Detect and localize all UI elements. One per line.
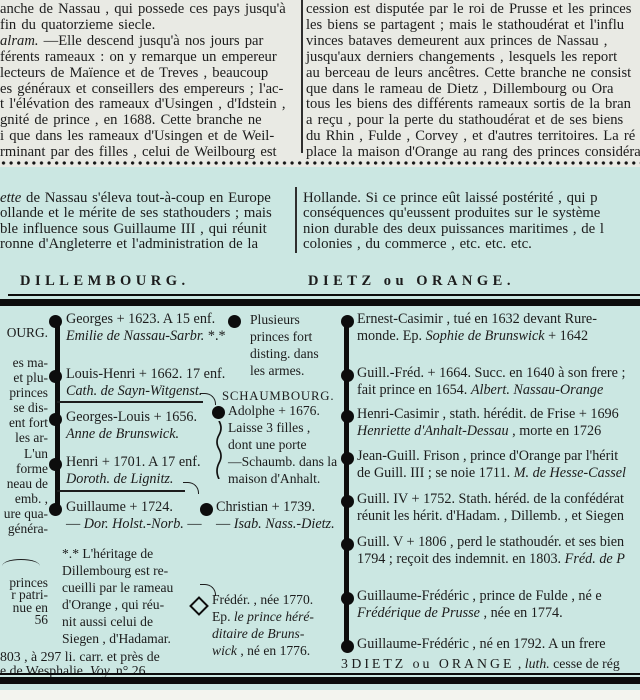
text-segment: Henriette d'Anhalt-Dessau — [357, 423, 509, 439]
text-line: monde. Ep. Sophie de Brunswick + 1642 — [357, 328, 597, 345]
text-segment: OURG. — [7, 325, 48, 340]
text-segment: Dor. Holst.-Norb. — [84, 516, 184, 532]
text-segment: Guillaume-Frédéric , né en 1792. A un fr… — [357, 636, 606, 652]
text-line: 56 — [0, 614, 48, 626]
text-line: emb. , — [0, 491, 48, 506]
text-segment: Georges-Louis + 1656. — [66, 409, 197, 425]
text-segment: que dans le rameau de Dietz , Dillembour… — [306, 81, 613, 97]
text-segment: Emilie de Nassau-Sarbr. — [66, 328, 204, 344]
lineage-node-dot-icon — [49, 370, 62, 383]
lineage-node-dot-icon — [341, 592, 354, 605]
text-segment: les armes. — [250, 363, 304, 378]
text-segment: place la maison d'Orange au rang des pri… — [306, 144, 640, 160]
text-segment: 56 — [35, 612, 48, 627]
text-line: Georges + 1623. A 15 enf. — [66, 311, 226, 328]
text-line: Dillembourg est re- — [62, 562, 173, 579]
text-segment: fin du quatorzieme siecle. — [0, 17, 155, 33]
text-line: Guill.-Fréd. + 1664. Succ. en 1640 à son… — [357, 365, 625, 382]
text-line: neau de — [0, 476, 48, 491]
text-line: Adolphe + 1676. — [228, 402, 337, 419]
thick-rule-bottom — [0, 677, 640, 684]
text-segment: Plusieurs — [250, 312, 300, 327]
text-segment: lecteurs de Maïence et de Treves , beauc… — [0, 65, 268, 81]
text-line: Jean-Guill. Frison , prince d'Orange par… — [357, 448, 626, 465]
text-line: fin du quatorzieme siecle. — [0, 18, 298, 34]
text-line: maison d'Anhalt. — [228, 470, 337, 487]
text-line: jusqu'aux derniers changements , lesquel… — [306, 50, 640, 66]
text-line: Guillaume-Frédéric , né en 1792. A un fr… — [357, 636, 606, 653]
text-line: Frédér. , née 1770. — [212, 591, 314, 608]
text-line: ronne d'Angleterre et l'administration d… — [0, 237, 292, 252]
top-right-paragraph: cession est disputée par le roi de Pruss… — [306, 2, 640, 161]
text-segment: SCHAUMBOURG. — [222, 389, 334, 403]
text-segment: — — [216, 516, 234, 532]
text-line: es ma- — [0, 355, 48, 370]
text-segment: Dillembourg est re- — [62, 563, 168, 578]
thin-rule-top — [8, 294, 640, 296]
text-segment: e de Wesphalie. — [0, 663, 90, 678]
scanned-page: anche de Nassau , qui possede ces pays j… — [0, 0, 640, 700]
text-line: Guill. V + 1806 , perd le stathoudér. et… — [357, 534, 625, 551]
text-segment: conséquences qu'eussent produites sur le… — [303, 205, 600, 221]
text-segment: Fréd. de P — [565, 551, 625, 567]
person-entry: Guillaume-Frédéric , prince de Fulde , n… — [357, 588, 602, 622]
text-segment: vinces bataves demeurent aux princes de … — [306, 33, 607, 49]
text-segment: princes fort — [250, 329, 312, 344]
text-segment: se dis- — [13, 400, 48, 415]
text-segment: emb. , — [15, 491, 48, 506]
text-line: au berceau de leurs ancêtres. Cette bran… — [306, 66, 640, 82]
text-line: Ep. le prince héré- — [212, 608, 314, 625]
text-segment: Ernest-Casimir , tué en 1632 devant Rure… — [357, 311, 597, 327]
text-segment: *.* — [204, 328, 225, 344]
person-entry: Guill.-Fréd. + 1664. Succ. en 1640 à son… — [357, 365, 625, 399]
margin-fragments-b: es ma-et plu-princesse dis-ent fortles a… — [0, 355, 48, 536]
paper-edge-strip — [0, 690, 640, 700]
text-segment: n° 26. — [112, 663, 149, 678]
text-segment: Guill. IV + 1752. Stath. héréd. de la co… — [357, 491, 624, 507]
text-segment: Jean-Guill. Frison , prince d'Orange par… — [357, 448, 618, 464]
text-segment: Guillaume-Frédéric , prince de Fulde , n… — [357, 588, 602, 604]
text-line: Henri + 1701. A 17 enf. — [66, 454, 201, 471]
margin-fragments-a: OURG. — [0, 325, 48, 341]
text-segment: nit aussi celui de — [62, 614, 153, 629]
text-segment: fait prince en 1654. — [357, 382, 471, 398]
band-right-paragraph: Hollande. Si ce prince eût laissé postér… — [303, 191, 640, 252]
text-line: Guillaume + 1724. — [66, 499, 202, 516]
text-segment: gnité de prince , en 1688. Cette branche… — [0, 112, 262, 128]
text-line: 1794 ; reçoit des indemnit. en 1803. Fré… — [357, 551, 625, 568]
text-segment: —Elle descend jusqu'à nos jours par — [39, 33, 264, 49]
text-segment: cession est disputée par le roi de Pruss… — [306, 1, 631, 17]
text-line: es généraux et conseillers des empereurs… — [0, 82, 298, 98]
text-segment: Guill. V + 1806 , perd le stathoudér. et… — [357, 534, 624, 550]
text-line: princes fort — [240, 328, 319, 345]
text-segment: DIETZ ou ORANGE — [351, 656, 514, 671]
thick-rule-top — [0, 299, 640, 306]
person-entry: Jean-Guill. Frison , prince d'Orange par… — [357, 448, 626, 482]
text-line: L'un — [0, 446, 48, 461]
text-segment: cesse de rég — [550, 656, 620, 671]
text-line: généra- — [0, 521, 48, 536]
text-segment: Christian + 1739. — [216, 499, 315, 515]
text-segment: *.* L'héritage de — [62, 546, 153, 561]
text-line: wick , né en 1776. — [212, 642, 314, 659]
text-segment: du Rhin , Fulde , Corvey , et d'autres t… — [306, 128, 635, 144]
text-line: princes — [0, 385, 48, 400]
generation-separator — [57, 490, 185, 492]
text-segment: es ma- — [13, 355, 48, 370]
text-line: Guill. IV + 1752. Stath. héréd. de la co… — [357, 491, 624, 508]
text-segment: ditaire de Bruns- — [212, 626, 304, 641]
text-line: les armes. — [240, 362, 319, 379]
lozenge-marker-icon — [189, 596, 209, 616]
text-line: i que dans les rameaux d'Usingen et de W… — [0, 129, 298, 145]
text-line: —Schaumb. dans la — [228, 453, 337, 470]
footnote-heritage: *.* L'héritage deDillembourg est re-cuei… — [62, 545, 173, 647]
text-line: dont une porte — [228, 436, 337, 453]
lineage-node-dot-icon — [49, 413, 62, 426]
person-entry: Ernest-Casimir , tué en 1632 devant Rure… — [357, 311, 597, 345]
margin-curve-icon — [2, 559, 40, 573]
genealogy-table: OURG. es ma-et plu-princesse dis-ent for… — [0, 309, 640, 679]
text-segment: d'Orange , qui réu- — [62, 597, 164, 612]
person-entry: Guill. IV + 1752. Stath. héréd. de la co… — [357, 491, 624, 525]
text-segment: — — [184, 516, 202, 532]
text-line: cession est disputée par le roi de Pruss… — [306, 2, 640, 18]
text-segment: princes — [9, 385, 48, 400]
text-line: forme — [0, 461, 48, 476]
text-segment: Louis-Henri + 1662. 17 enf. — [66, 366, 225, 382]
text-segment: anche de Nassau , qui possede ces pays j… — [0, 1, 286, 17]
text-segment: Albert. Nassau-Orange — [471, 382, 603, 398]
text-segment: ollande et le mérite de ses stathouders … — [0, 205, 272, 221]
text-segment: Frédérique de Prusse — [357, 605, 480, 621]
text-segment: les ar- — [15, 430, 48, 445]
text-segment: Adolphe + 1676. — [228, 403, 320, 418]
text-line: tous les biens des différents rameaux so… — [306, 97, 640, 113]
text-segment: Laisse 3 filles , — [228, 420, 310, 435]
lineage-node-dot-icon — [341, 538, 354, 551]
text-segment: —Schaumb. dans la — [228, 454, 337, 469]
text-segment: colonies , du commerce , etc. etc. etc. — [303, 236, 532, 252]
generation-separator — [57, 401, 203, 403]
text-segment: ure qua- — [4, 506, 48, 521]
text-line: férents rameaux : on y remarque un emper… — [0, 50, 298, 66]
column-divider-top — [301, 0, 303, 153]
lineage-node-dot-icon — [49, 503, 62, 516]
text-line: ette de Nassau s'éleva tout-à-coup en Eu… — [0, 191, 292, 206]
text-line: disting. dans — [240, 345, 319, 362]
text-line: t l'élévation des rameaux d'Usingen , d'… — [0, 97, 298, 113]
text-segment: Henri-Casimir , stath. hérédit. de Frise… — [357, 406, 619, 422]
band-left-paragraph: ette de Nassau s'éleva tout-à-coup en Eu… — [0, 191, 292, 252]
text-segment: + 1642 — [545, 328, 588, 344]
text-segment: Cath. de Sayn-Witgenst. — [66, 383, 202, 399]
text-segment: Voy. — [90, 663, 113, 678]
text-line: Plusieurs — [240, 311, 319, 328]
text-line: fait prince en 1654. Albert. Nassau-Oran… — [357, 382, 625, 399]
lineage-node-dot-icon — [341, 640, 354, 653]
text-line: ble influence sous Guillaume III , qui r… — [0, 222, 292, 237]
text-segment: Anne de Brunswick. — [66, 426, 179, 442]
text-line: nit aussi celui de — [62, 613, 173, 630]
person-entry: Guillaume-Frédéric , né en 1792. A un fr… — [357, 636, 606, 653]
lineage-node-dot-icon — [341, 315, 354, 328]
text-segment: Hollande. Si ce prince eût laissé postér… — [303, 190, 598, 206]
text-line: Henriette d'Anhalt-Dessau , morte en 172… — [357, 423, 619, 440]
text-line: Doroth. de Lignitz. — [66, 471, 201, 488]
text-line: Laisse 3 filles , — [228, 419, 337, 436]
text-segment: disting. dans — [250, 346, 319, 361]
text-segment: de Guill. III ; se noie 1711. — [357, 465, 514, 481]
text-line: ure qua- — [0, 506, 48, 521]
text-segment: 1794 ; reçoit des indemnit. en 1803. — [357, 551, 565, 567]
person-entry: Plusieursprinces fortdisting. dansles ar… — [240, 311, 319, 379]
text-line: Guillaume-Frédéric , prince de Fulde , n… — [357, 588, 602, 605]
text-line: du Rhin , Fulde , Corvey , et d'autres t… — [306, 129, 640, 145]
text-line: Anne de Brunswick. — [66, 426, 197, 443]
person-entry: Georges + 1623. A 15 enf.Emilie de Nassa… — [66, 311, 226, 345]
text-line: gnité de prince , en 1688. Cette branche… — [0, 113, 298, 129]
text-segment: Ep. — [212, 609, 234, 624]
wavy-connector-icon — [214, 421, 224, 479]
text-line: — Isab. Nass.-Dietz. — [216, 516, 335, 533]
text-line: Siegen , d'Hadamar. — [62, 630, 173, 647]
lineage-node-dot-icon — [212, 406, 225, 419]
text-segment: ette — [0, 190, 21, 206]
text-segment: et plu- — [13, 370, 48, 385]
text-line: vinces bataves demeurent aux princes de … — [306, 34, 640, 50]
column-divider-band — [295, 187, 297, 253]
person-entry: Christian + 1739.— Isab. Nass.-Dietz. — [216, 499, 335, 533]
text-segment: dont une porte — [228, 437, 307, 452]
text-line: ditaire de Bruns- — [212, 625, 314, 642]
person-entry: Guill. V + 1806 , perd le stathoudér. et… — [357, 534, 625, 568]
lineage-node-dot-icon — [341, 452, 354, 465]
text-segment: 3 — [341, 656, 351, 671]
dotted-separator — [0, 159, 640, 167]
person-entry: Louis-Henri + 1662. 17 enf.Cath. de Sayn… — [66, 366, 225, 400]
text-segment: réunit les hérit. d'Hadam. , Dillemb. , … — [357, 508, 624, 524]
text-segment: Guillaume + 1724. — [66, 499, 173, 515]
lineage-node-dot-icon — [341, 410, 354, 423]
lineage-node-dot-icon — [49, 315, 62, 328]
text-segment: maison d'Anhalt. — [228, 471, 320, 486]
text-segment: — — [66, 516, 84, 532]
text-line: anche de Nassau , qui possede ces pays j… — [0, 2, 298, 18]
text-line: les ar- — [0, 430, 48, 445]
text-segment: ent fort — [9, 415, 48, 430]
text-segment: es généraux et conseillers des empereurs… — [0, 81, 283, 97]
text-line: et plu- — [0, 370, 48, 385]
text-segment: Frédér. , née 1770. — [212, 592, 313, 607]
text-segment: tous les biens des différents rameaux so… — [306, 96, 631, 112]
text-segment: forme — [16, 461, 48, 476]
text-segment: le prince héré- — [234, 609, 314, 624]
text-segment: Siegen , d'Hadamar. — [62, 631, 171, 646]
text-line: Hollande. Si ce prince eût laissé postér… — [303, 191, 640, 206]
text-segment: Henri + 1701. A 17 enf. — [66, 454, 201, 470]
text-line: nion durable des deux puissances maritim… — [303, 222, 640, 237]
text-line: Louis-Henri + 1662. 17 enf. — [66, 366, 225, 383]
person-entry: Henri-Casimir , stath. hérédit. de Frise… — [357, 406, 619, 440]
text-segment: luth. — [525, 656, 550, 671]
text-line: Georges-Louis + 1656. — [66, 409, 197, 426]
text-segment: jusqu'aux derniers changements , lesquel… — [306, 49, 617, 65]
text-segment: monde. Ep. — [357, 328, 426, 344]
text-line: OURG. — [0, 325, 48, 341]
text-line: de Guill. III ; se noie 1711. M. de Hess… — [357, 465, 626, 482]
top-left-paragraph: anche de Nassau , qui possede ces pays j… — [0, 2, 298, 161]
text-segment: cueilli par le rameau — [62, 580, 173, 595]
text-line: a reçu , pour la perte du stathoudérat e… — [306, 113, 640, 129]
text-line: Frédérique de Prusse , née en 1774. — [357, 605, 602, 622]
text-line: que dans le rameau de Dietz , Dillembour… — [306, 82, 640, 98]
text-line: cueilli par le rameau — [62, 579, 173, 596]
text-segment: , né en 1776. — [240, 643, 310, 658]
text-segment: les biens se partagent ; mais le stathou… — [306, 17, 624, 33]
text-segment: nion durable des deux puissances maritim… — [303, 221, 604, 237]
text-line: Ernest-Casimir , tué en 1632 devant Rure… — [357, 311, 597, 328]
text-line: Emilie de Nassau-Sarbr. *.* — [66, 328, 226, 345]
text-segment: wick — [212, 643, 240, 658]
lineage-node-dot-icon — [341, 495, 354, 508]
text-segment: t l'élévation des rameaux d'Usingen , d'… — [0, 96, 285, 112]
text-segment: rminant par des filles , celui de Weilbo… — [0, 144, 277, 160]
text-line: Christian + 1739. — [216, 499, 335, 516]
person-entry: Guillaume + 1724.— Dor. Holst.-Norb. — — [66, 499, 202, 533]
text-segment: M. de Hesse-Cassel — [514, 465, 626, 481]
person-entry: Adolphe + 1676.Laisse 3 filles ,dont une… — [228, 402, 337, 487]
text-segment: L'un — [24, 446, 48, 461]
text-line: ent fort — [0, 415, 48, 430]
text-line: ollande et le mérite de ses stathouders … — [0, 206, 292, 221]
branch-header-dillembourg: DILLEMBOURG. — [20, 273, 190, 290]
thin-rule-bottom — [0, 673, 640, 675]
text-line: — Dor. Holst.-Norb. — — [66, 516, 202, 533]
text-line: colonies , du commerce , etc. etc. etc. — [303, 237, 640, 252]
text-segment: , née en 1774. — [480, 605, 563, 621]
text-segment: férents rameaux : on y remarque un emper… — [0, 49, 277, 65]
text-segment: généra- — [8, 521, 48, 536]
text-line: *.* L'héritage de — [62, 545, 173, 562]
text-line: réunit les hérit. d'Hadam. , Dillemb. , … — [357, 508, 624, 525]
text-segment: Doroth. de Lignitz. — [66, 471, 173, 487]
text-line: se dis- — [0, 400, 48, 415]
lineage-node-dot-icon — [49, 458, 62, 471]
table-area: ette de Nassau s'éleva tout-à-coup en Eu… — [0, 167, 640, 690]
text-line: Henri-Casimir , stath. hérédit. de Frise… — [357, 406, 619, 423]
dietz-orange-caption: 3 DIETZ ou ORANGE , luth. cesse de rég — [341, 655, 620, 672]
text-line: conséquences qu'eussent produites sur le… — [303, 206, 640, 221]
person-entry: Frédér. , née 1770.Ep. le prince héré-di… — [212, 591, 314, 659]
text-segment: ble influence sous Guillaume III , qui r… — [0, 221, 267, 237]
margin-fragments-c: princesr patri-nue en56 — [0, 577, 48, 626]
text-line: les biens se partagent ; mais le stathou… — [306, 18, 640, 34]
text-segment: neau de — [7, 476, 48, 491]
text-segment: a reçu , pour la perte du stathoudérat e… — [306, 112, 623, 128]
text-segment: Georges + 1623. A 15 enf. — [66, 311, 215, 327]
branch-header-dietz-orange: DIETZ ou ORANGE. — [308, 273, 515, 290]
text-line: Cath. de Sayn-Witgenst. — [66, 383, 225, 400]
text-segment: Isab. Nass.-Dietz. — [234, 516, 335, 532]
text-segment: Guill.-Fréd. + 1664. Succ. en 1640 à son… — [357, 365, 625, 381]
person-entry: Georges-Louis + 1656.Anne de Brunswick. — [66, 409, 197, 443]
text-segment: , morte en 1726 — [509, 423, 602, 439]
text-segment: de Nassau s'éleva tout-à-coup en Europe — [21, 190, 270, 206]
text-segment: i que dans les rameaux d'Usingen et de W… — [0, 128, 274, 144]
lineage-node-dot-icon — [200, 503, 213, 516]
text-line: 3 DIETZ ou ORANGE , luth. cesse de rég — [341, 655, 620, 672]
text-segment: au berceau de leurs ancêtres. Cette bran… — [306, 65, 631, 81]
text-line: lecteurs de Maïence et de Treves , beauc… — [0, 66, 298, 82]
text-segment: ronne d'Angleterre et l'administration d… — [0, 236, 258, 252]
text-segment: , — [514, 656, 524, 671]
text-segment: Sophie de Brunswick — [426, 328, 545, 344]
text-line: d'Orange , qui réu- — [62, 596, 173, 613]
text-segment: alram. — [0, 33, 39, 49]
text-line: alram. —Elle descend jusqu'à nos jours p… — [0, 34, 298, 50]
person-entry: Henri + 1701. A 17 enf.Doroth. de Lignit… — [66, 454, 201, 488]
lineage-node-dot-icon — [341, 369, 354, 382]
